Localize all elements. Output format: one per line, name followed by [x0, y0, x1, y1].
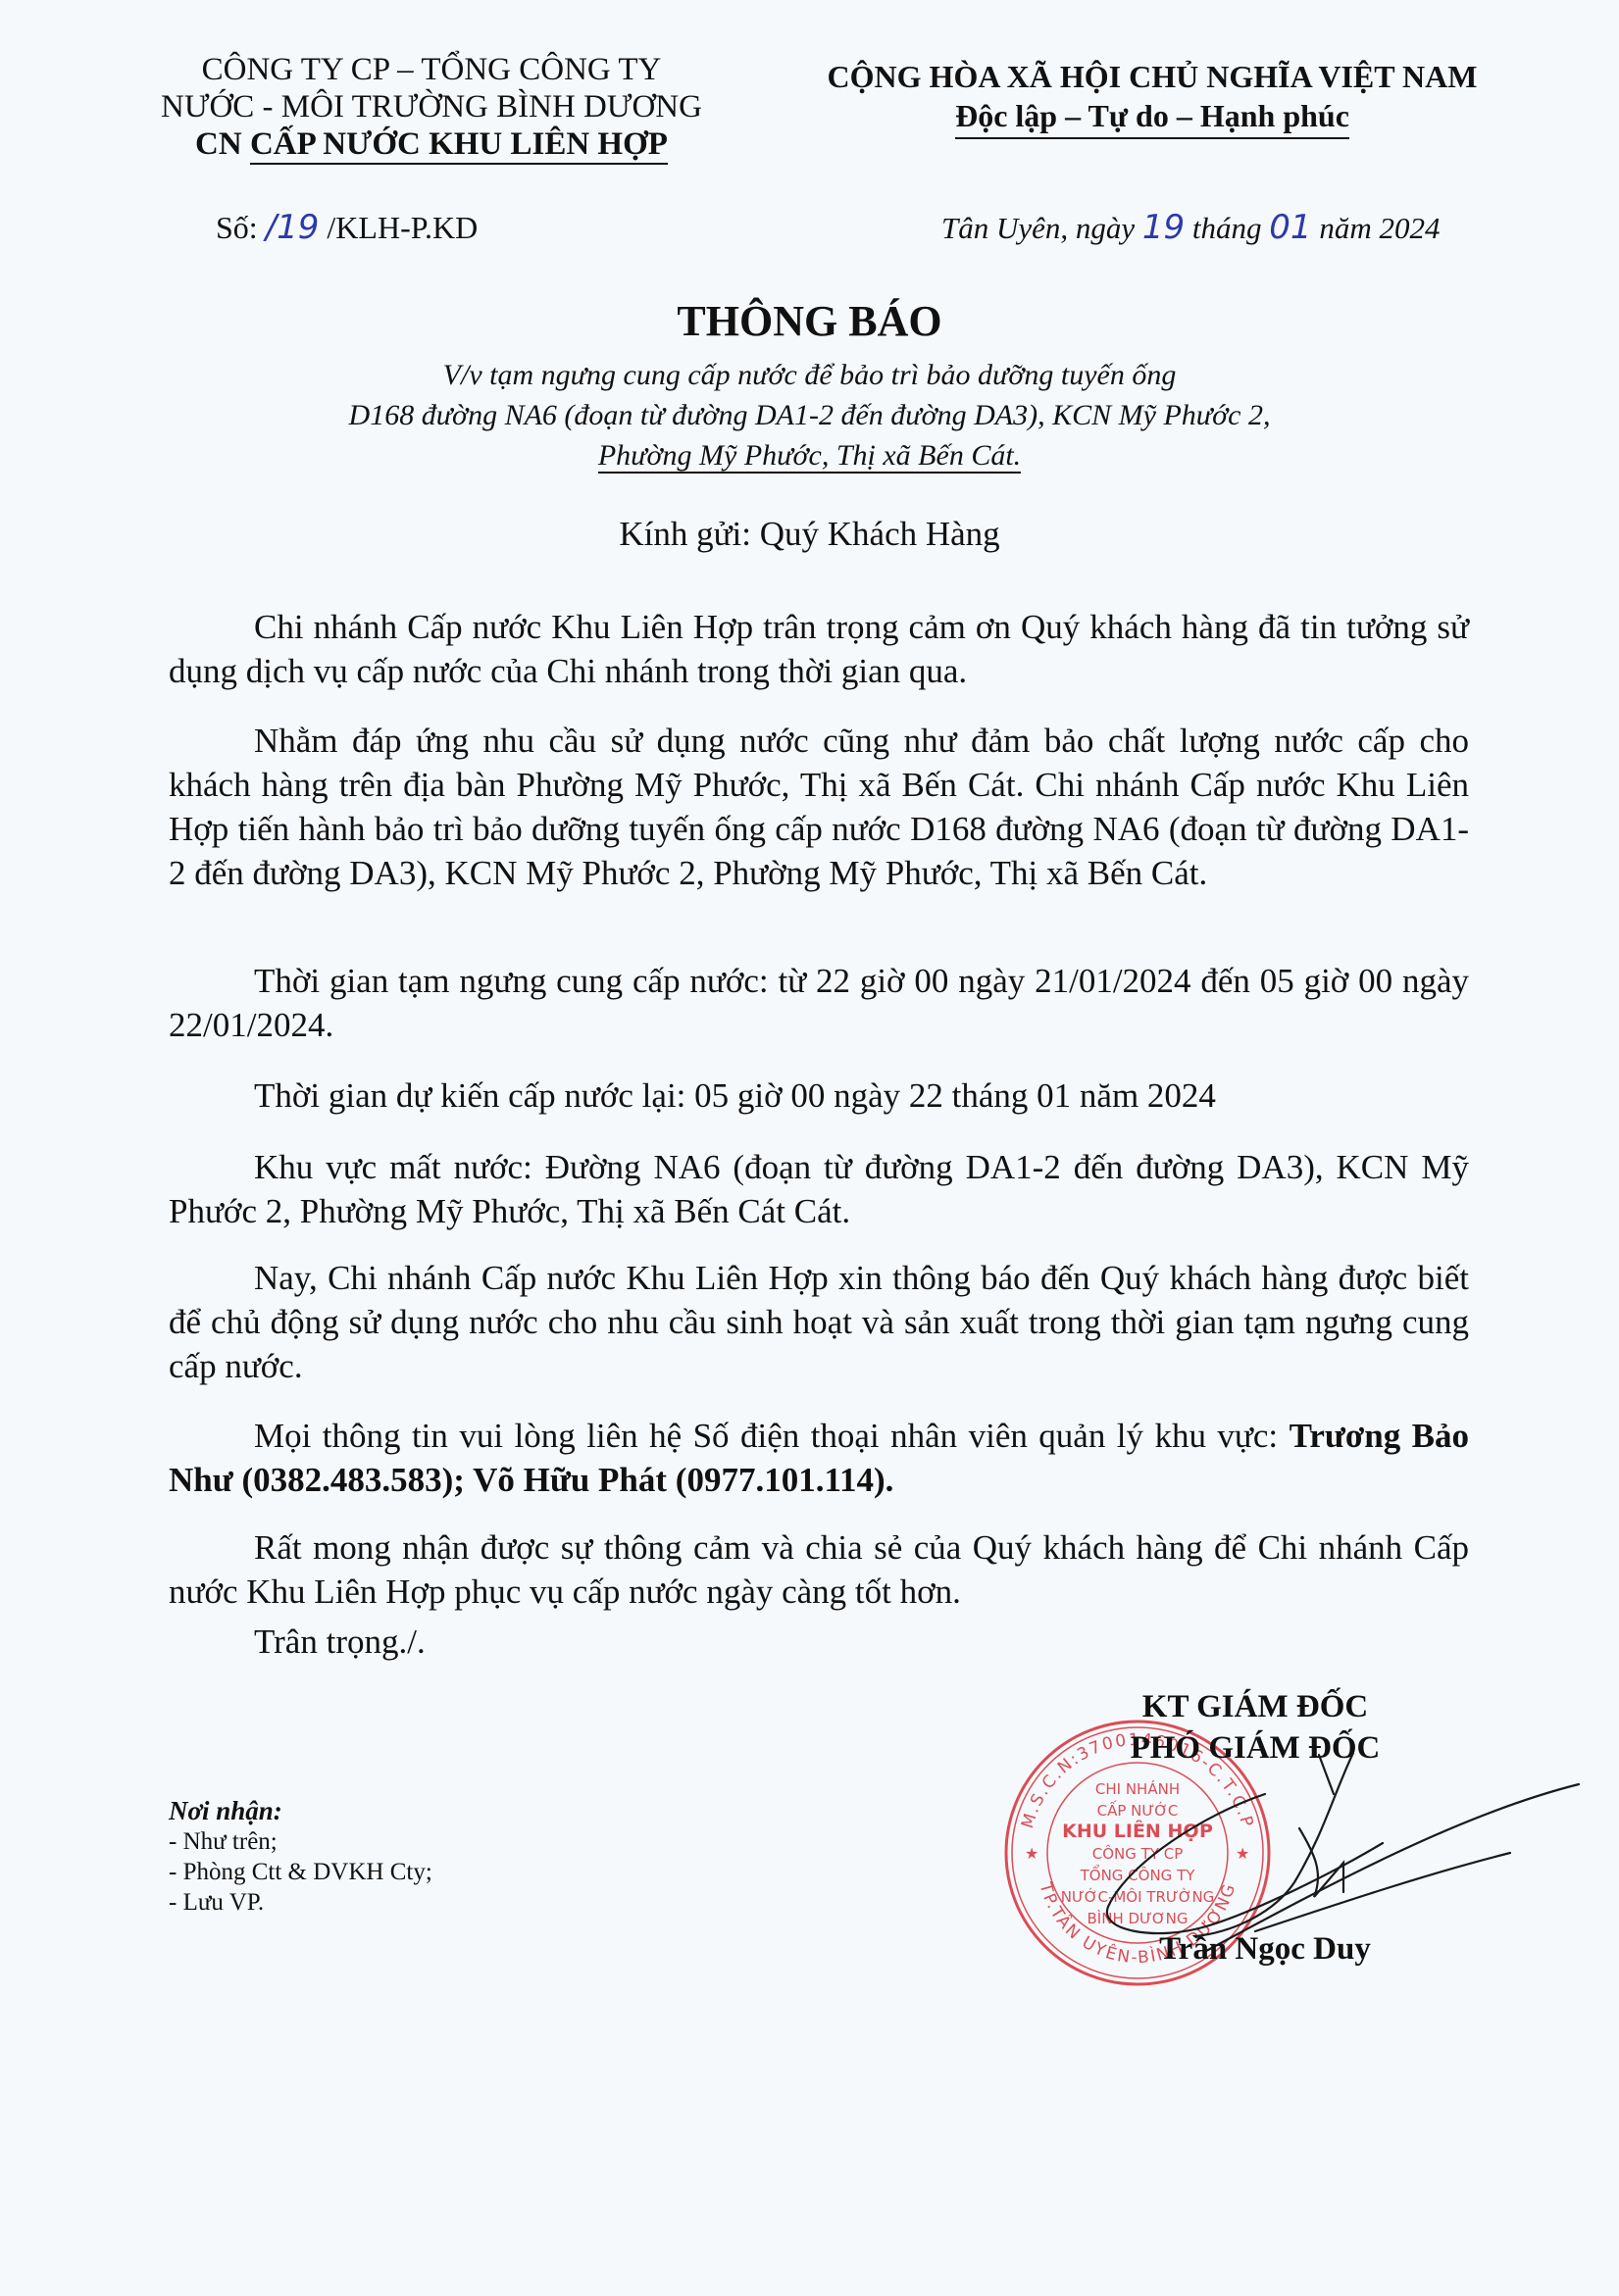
body-paragraph-2: Nhằm đáp ứng nhu cầu sử dụng nước cũng n…: [169, 719, 1469, 895]
body-paragraph-outage-area: Khu vực mất nước: Đường NA6 (đoạn từ đườ…: [169, 1145, 1469, 1233]
body-paragraph-contact: Mọi thông tin vui lòng liên hệ Số điện t…: [169, 1414, 1469, 1502]
paragraph-text: Thời gian dự kiến cấp nước lại: 05 giờ 0…: [169, 1073, 1469, 1118]
doc-number-suffix: /KLH-P.KD: [319, 210, 478, 245]
body-paragraph-1: Chi nhánh Cấp nước Khu Liên Hợp trân trọ…: [169, 605, 1469, 693]
national-motto: Độc lập – Tự do – Hạnh phúc: [955, 96, 1349, 139]
body-paragraph-restore-time: Thời gian dự kiến cấp nước lại: 05 giờ 0…: [169, 1073, 1469, 1118]
handwritten-signature: [1088, 1735, 1598, 1961]
body-paragraph-notice: Nay, Chi nhánh Cấp nước Khu Liên Hợp xin…: [169, 1256, 1469, 1388]
svg-text:★: ★: [1025, 1844, 1038, 1863]
paragraph-text: Chi nhánh Cấp nước Khu Liên Hợp trân trọ…: [169, 605, 1469, 693]
body-paragraph-closing: Rất mong nhận được sự thông cảm và chia …: [169, 1525, 1469, 1614]
document-number: Số: /19 /KLH-P.KD: [216, 208, 478, 247]
issuer-org-line-1: CÔNG TY CP – TỔNG CÔNG TY: [137, 51, 726, 88]
doc-number-handwritten: /19: [266, 208, 320, 247]
date-month: 01: [1269, 208, 1311, 247]
date-month-label: tháng: [1192, 211, 1262, 245]
date-year: năm 2024: [1319, 211, 1440, 245]
document-subject: V/v tạm ngưng cung cấp nước để bảo trì b…: [0, 355, 1619, 475]
contact-intro: Mọi thông tin vui lòng liên hệ Số điện t…: [254, 1417, 1278, 1455]
signer-name: Trần Ngọc Duy: [1069, 1931, 1461, 1968]
issuer-branch: CN CẤP NƯỚC KHU LIÊN HỢP: [137, 125, 726, 163]
issuer-org-line-2: NƯỚC - MÔI TRƯỜNG BÌNH DƯƠNG: [137, 88, 726, 125]
recipient-item: - Như trên;: [169, 1826, 432, 1857]
paragraph-text: Rất mong nhận được sự thông cảm và chia …: [169, 1525, 1469, 1614]
subject-line-1: V/v tạm ngưng cung cấp nước để bảo trì b…: [0, 355, 1619, 395]
paragraph-text: Nhằm đáp ứng nhu cầu sử dụng nước cũng n…: [169, 719, 1469, 895]
document-title: THÔNG BÁO: [0, 296, 1619, 346]
branch-name: CẤP NƯỚC KHU LIÊN HỢP: [250, 126, 668, 165]
recipient-item: - Phòng Ctt & DVKH Cty;: [169, 1857, 432, 1887]
greeting: Kính gửi: Quý Khách Hàng: [0, 515, 1619, 554]
date-place: Tân Uyên, ngày: [941, 211, 1135, 245]
signature-title-1: KT GIÁM ĐỐC: [1020, 1686, 1491, 1727]
recipient-item: - Lưu VP.: [169, 1887, 432, 1918]
regards: Trân trọng./.: [169, 1620, 1469, 1664]
nation-name: CỘNG HÒA XÃ HỘI CHỦ NGHĨA VIỆT NAM: [775, 57, 1530, 96]
regards-text: Trân trọng./.: [169, 1620, 1469, 1664]
subject-line-2: D168 đường NA6 (đoạn từ đường DA1-2 đến …: [0, 395, 1619, 435]
paragraph-text: Nay, Chi nhánh Cấp nước Khu Liên Hợp xin…: [169, 1256, 1469, 1388]
paragraph-text: Thời gian tạm ngưng cung cấp nước: từ 22…: [169, 959, 1469, 1047]
body-paragraph-outage-time: Thời gian tạm ngưng cung cấp nước: từ 22…: [169, 959, 1469, 1047]
national-header: CỘNG HÒA XÃ HỘI CHỦ NGHĨA VIỆT NAM Độc l…: [775, 57, 1530, 139]
recipients: Nơi nhận: - Như trên; - Phòng Ctt & DVKH…: [169, 1796, 432, 1918]
issuer-header: CÔNG TY CP – TỔNG CÔNG TY NƯỚC - MÔI TRƯ…: [137, 51, 726, 163]
date-line: Tân Uyên, ngày 19 tháng 01 năm 2024: [941, 208, 1440, 247]
date-day: 19: [1142, 208, 1185, 247]
branch-prefix: CN: [195, 126, 250, 162]
recipients-label: Nơi nhận:: [169, 1796, 432, 1826]
subject-line-3: Phường Mỹ Phước, Thị xã Bến Cát.: [598, 439, 1021, 474]
paragraph-text: Khu vực mất nước: Đường NA6 (đoạn từ đườ…: [169, 1145, 1469, 1233]
doc-number-label: Số:: [216, 210, 266, 245]
